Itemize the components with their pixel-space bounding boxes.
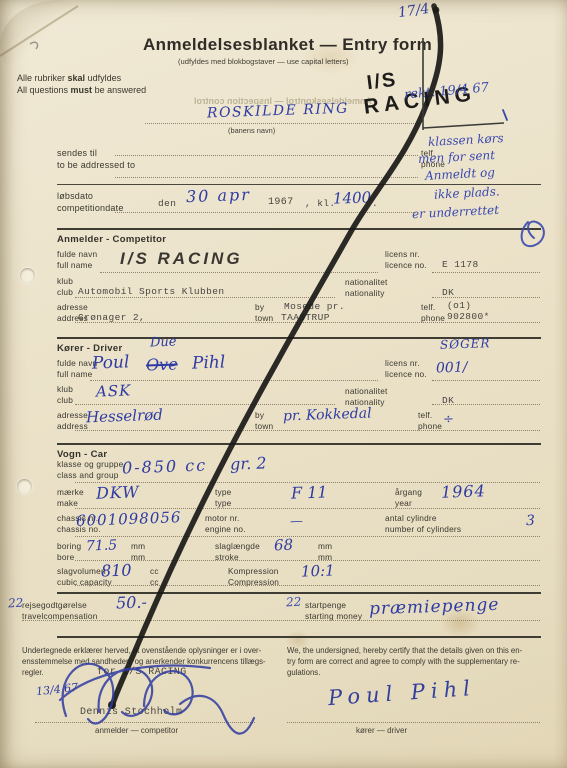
paper-crease-mark xyxy=(30,42,38,49)
pen-strokes-overlay xyxy=(0,0,567,768)
competitor-signature-scrawl xyxy=(60,664,254,734)
margin-note-initials xyxy=(522,221,544,246)
pen-tick xyxy=(503,110,507,120)
pen-diagonal-stroke xyxy=(112,6,441,706)
pen-horizontal-line xyxy=(423,123,504,128)
paper-crease-line xyxy=(0,6,78,56)
